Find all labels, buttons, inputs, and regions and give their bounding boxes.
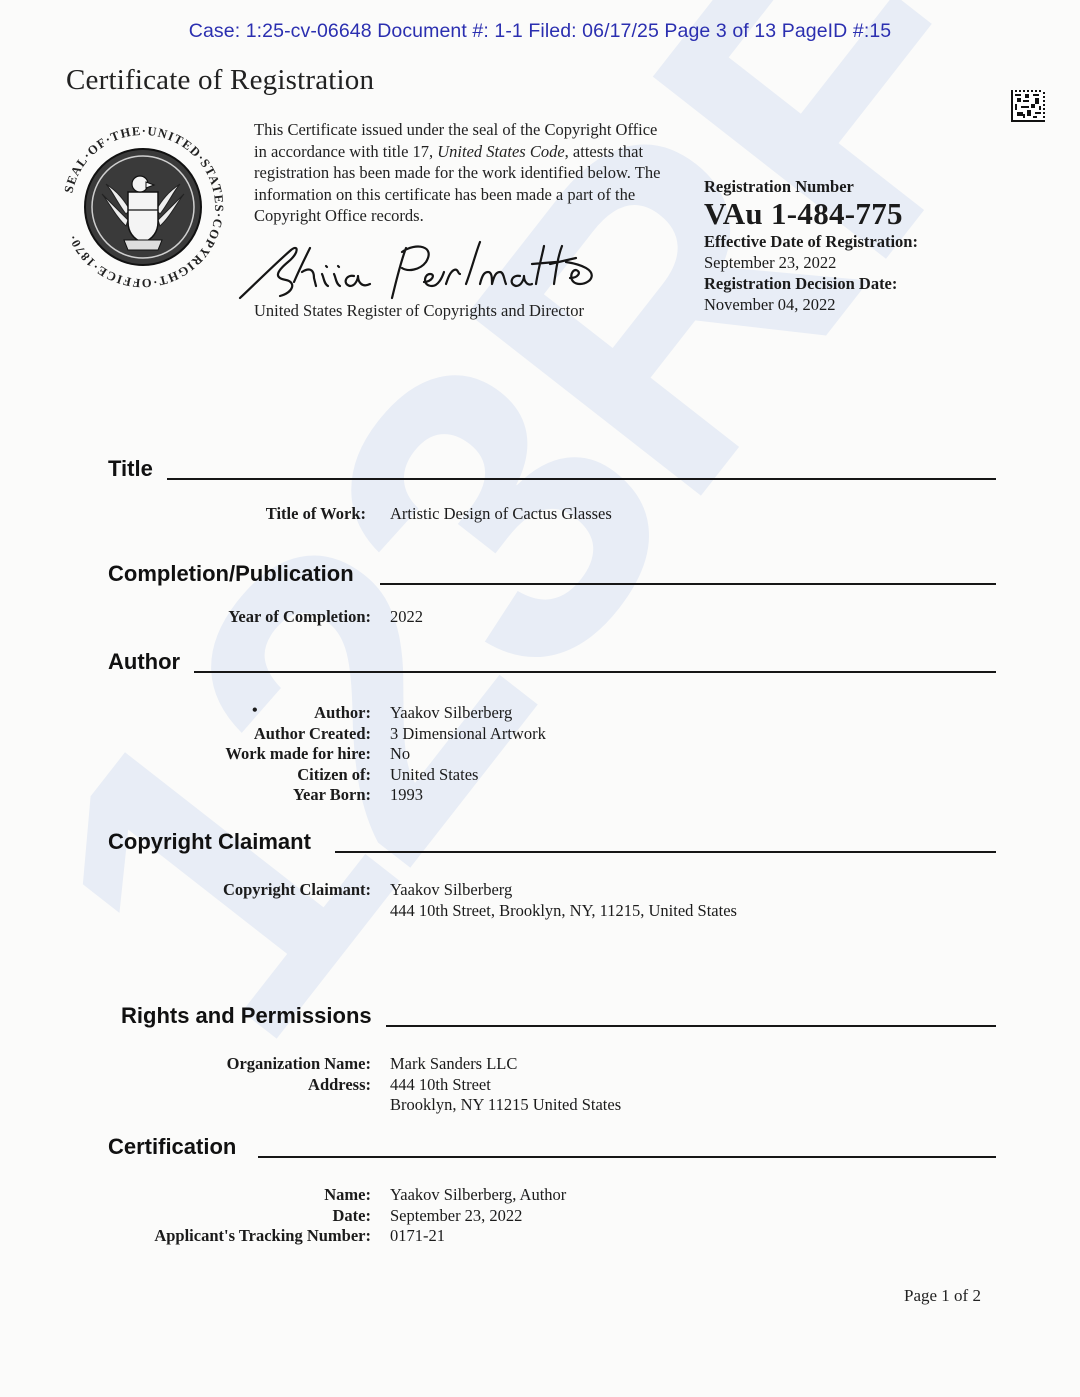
- field-row: Citizen of: United States: [0, 765, 1080, 786]
- registration-number: VAu 1-484-775: [704, 197, 1024, 231]
- field-label: Name:: [0, 1185, 390, 1206]
- field-value: Yaakov Silberberg 444 10th Street, Brook…: [390, 880, 737, 921]
- field-row: Name: Yaakov Silberberg, Author: [0, 1185, 1080, 1206]
- signature-caption: United States Register of Copyrights and…: [254, 301, 584, 321]
- section-author: Author: [108, 649, 996, 675]
- page-number: Page 1 of 2: [904, 1286, 981, 1306]
- effective-date: September 23, 2022: [704, 252, 1024, 273]
- field-row: Date: September 23, 2022: [0, 1206, 1080, 1227]
- field-row: Year Born: 1993: [0, 785, 1080, 806]
- field-value: Yaakov Silberberg: [390, 703, 512, 724]
- field-row: Title of Work: Artistic Design of Cactus…: [0, 504, 1080, 525]
- field-label: Citizen of:: [0, 765, 390, 786]
- section-heading-title: Title: [108, 456, 153, 482]
- fields-author: • Author: Yaakov Silberberg Author Creat…: [0, 703, 1080, 806]
- field-label: Copyright Claimant:: [0, 880, 390, 921]
- field-row: Address: 444 10th Street Brooklyn, NY 11…: [0, 1075, 1080, 1116]
- field-label: Author Created:: [0, 724, 390, 745]
- copyright-office-seal-icon: SEAL·OF·THE·UNITED·STATES·COPYRIGHT·OFFI…: [58, 122, 228, 292]
- fields-claimant: Copyright Claimant: Yaakov Silberberg 44…: [0, 880, 1080, 921]
- field-label: Address:: [0, 1075, 390, 1116]
- field-value: 444 10th Street Brooklyn, NY 11215 Unite…: [390, 1075, 621, 1116]
- field-label: • Author:: [0, 703, 390, 724]
- field-value: September 23, 2022: [390, 1206, 522, 1227]
- section-heading-certification: Certification: [108, 1134, 236, 1160]
- intro-text-italic: United States Code: [437, 142, 564, 161]
- decision-date: November 04, 2022: [704, 294, 1024, 315]
- section-heading-completion: Completion/Publication: [108, 561, 354, 587]
- field-row: Year of Completion: 2022: [0, 607, 1080, 628]
- field-label: Applicant's Tracking Number:: [0, 1226, 390, 1247]
- registration-number-label: Registration Number: [704, 176, 1024, 197]
- field-value: 3 Dimensional Artwork: [390, 724, 546, 745]
- decision-date-label: Registration Decision Date:: [704, 273, 1024, 294]
- fields-certification: Name: Yaakov Silberberg, Author Date: Se…: [0, 1185, 1080, 1247]
- case-header: Case: 1:25-cv-06648 Document #: 1-1 File…: [0, 20, 1080, 43]
- register-signature: [236, 238, 606, 308]
- field-label: Organization Name:: [0, 1054, 390, 1075]
- section-heading-rights: Rights and Permissions: [121, 1003, 372, 1029]
- section-completion: Completion/Publication: [108, 561, 996, 587]
- field-value: 1993: [390, 785, 423, 806]
- section-rights: Rights and Permissions: [121, 1003, 996, 1029]
- field-label: Title of Work:: [0, 504, 390, 525]
- field-row: Author Created: 3 Dimensional Artwork: [0, 724, 1080, 745]
- field-row: Work made for hire: No: [0, 744, 1080, 765]
- registration-info: Registration Number VAu 1-484-775 Effect…: [704, 176, 1024, 315]
- datamatrix-code-icon: [1011, 90, 1045, 122]
- section-rule: [258, 1156, 996, 1158]
- field-value: 0171-21: [390, 1226, 445, 1247]
- field-label: Year of Completion:: [0, 607, 390, 628]
- field-value: Artistic Design of Cactus Glasses: [390, 504, 612, 525]
- bullet-icon: •: [252, 701, 258, 722]
- section-rule: [380, 583, 996, 585]
- fields-rights: Organization Name: Mark Sanders LLC Addr…: [0, 1054, 1080, 1116]
- section-rule: [194, 671, 996, 673]
- field-row: Applicant's Tracking Number: 0171-21: [0, 1226, 1080, 1247]
- fields-title: Title of Work: Artistic Design of Cactus…: [0, 504, 1080, 525]
- field-value: Yaakov Silberberg, Author: [390, 1185, 566, 1206]
- field-label: Year Born:: [0, 785, 390, 806]
- certificate-intro: This Certificate issued under the seal o…: [254, 119, 664, 227]
- section-heading-author: Author: [108, 649, 180, 675]
- field-value: United States: [390, 765, 478, 786]
- section-certification: Certification: [108, 1134, 996, 1160]
- field-label: Date:: [0, 1206, 390, 1227]
- effective-date-label: Effective Date of Registration:: [704, 231, 1024, 252]
- field-value: No: [390, 744, 410, 765]
- section-rule: [386, 1025, 996, 1027]
- section-title: Title: [108, 456, 996, 482]
- field-value: Mark Sanders LLC: [390, 1054, 517, 1075]
- field-row: • Author: Yaakov Silberberg: [0, 703, 1080, 724]
- field-row: Organization Name: Mark Sanders LLC: [0, 1054, 1080, 1075]
- section-rule: [167, 478, 996, 480]
- field-value: 2022: [390, 607, 423, 628]
- certificate-title: Certificate of Registration: [66, 64, 374, 97]
- section-rule: [335, 851, 996, 853]
- field-label: Work made for hire:: [0, 744, 390, 765]
- section-heading-claimant: Copyright Claimant: [108, 829, 311, 855]
- field-row: Copyright Claimant: Yaakov Silberberg 44…: [0, 880, 1080, 921]
- section-claimant: Copyright Claimant: [108, 829, 996, 855]
- fields-completion: Year of Completion: 2022: [0, 607, 1080, 628]
- field-label-text: Author:: [314, 703, 371, 722]
